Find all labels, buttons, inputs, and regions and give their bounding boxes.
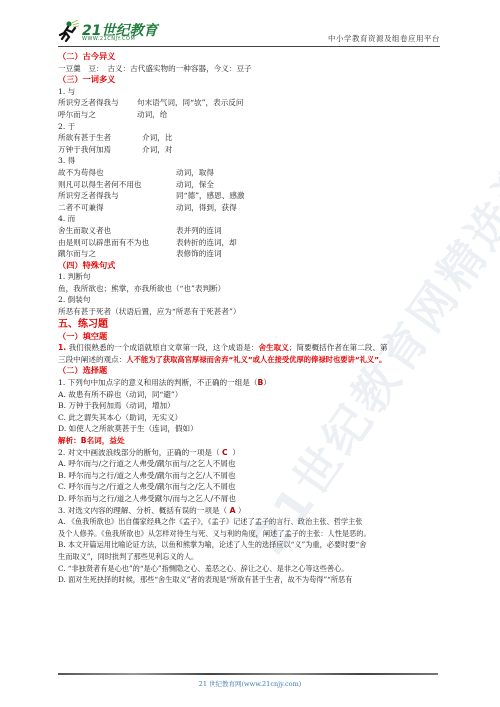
row-right: 表转折的连词，却	[176, 237, 237, 249]
choice-option: A. 《鱼我所欲也》出自儒家经典之作《孟子》，《孟子》记述了孟子的言行、政治主张…	[58, 516, 448, 528]
row-left: 蹴尔而与之	[58, 249, 96, 258]
section-heading: （三）一词多义	[58, 74, 448, 86]
row-left: 则凡可以得生者何不用也	[58, 180, 142, 189]
group-head: 3. 得	[58, 155, 448, 167]
definition-row: 蹴尔而与之表修饰的连词	[58, 248, 448, 260]
stem-text: 2. 对文中画波浪线部分的断句，正确的一项是（	[58, 448, 220, 457]
row-left: 所欲有甚于生者	[58, 133, 111, 142]
definition-row: 呼尔而与之动词，给	[58, 109, 448, 121]
page-header: 21世纪教育 WWW.21CNJY.COM 中小学教育资源及组卷应用平台	[58, 18, 440, 47]
fill-question-cont: 三段中阐述的观点：人不能为了获取高官厚禄而舍弃“礼义”或人在接受优厚的俸禄时也要…	[58, 354, 448, 366]
row-left: 由是则可以辟患而有不为也	[58, 238, 149, 247]
choice-option: D. 呼尔而与之行/道之人弗受蹴尔/而与之乞人/不屑也	[58, 493, 448, 505]
choice-option: C. 此之谓失其本心（助词，无实义）	[58, 412, 448, 424]
group-head: 1. 与	[58, 86, 448, 98]
choice-option: B. 万钟于我何加焉（动词，增加）	[58, 400, 448, 412]
choice-option: D. 面对生死抉择的时候，那些“舍生取义”者的表现是“所欲有甚于生者，故不为苟得…	[58, 574, 448, 586]
choice-stem: 1. 下列句中加点字的意义和用法的判断，不正确的一组是（B）	[58, 377, 448, 389]
row-right: 动词，给	[137, 109, 167, 121]
choice-option: 生而取义”，同时批判了那些见利忘义的人。	[58, 551, 448, 563]
row-right: 表并列的连词	[176, 225, 222, 237]
row-left: 故不为苟得也	[58, 168, 104, 177]
choice-option: B. 本文开篇运用比喻论证方法，以鱼和熊掌为喻，论述了人生的选择应以“义”为重，…	[58, 539, 448, 551]
choice-option: B. 呼尔而与之行/道之人弗受/蹴尔而与之乞/人不屑也	[58, 470, 448, 482]
choice-stem: 2. 对文中画波浪线部分的断句，正确的一项是（ C ）	[58, 447, 448, 459]
platform-name: 中小学教育资源及组卷应用平台	[328, 33, 440, 44]
answer-text: 人不能为了获取高官厚禄而舍弃“礼义”或人在接受优厚的俸禄时也要讲“礼义”。	[126, 355, 386, 364]
section-heading: （四）特殊句式	[58, 260, 448, 272]
item-text: 所恶有甚于死者（状语后置，应为“所恶有于死甚者”）	[58, 306, 448, 318]
section-heading: （一）填空题	[58, 331, 448, 343]
row-right: 句末语气词，同“欤”，表示反问	[137, 97, 243, 109]
row-right: 介词，比	[142, 132, 172, 144]
item-head: 2. 倒装句	[58, 294, 448, 306]
question-text: ；简要概括作者在第二段、第	[289, 343, 388, 352]
row-left: 万钟于我何加焉	[58, 145, 111, 154]
choice-option: C. “非独贤者有是心也”的“是心”指恻隐之心、羞恶之心、辞让之心、是非之心等这…	[58, 563, 448, 575]
row-left: 舍生而取义者也	[58, 226, 111, 235]
row-right: 表修饰的连词	[176, 248, 222, 260]
definition-row: 所欲有甚于生者介词，比	[58, 132, 448, 144]
choice-option: A. 故患有所不辟也（动词，同“避”）	[58, 389, 448, 401]
choice-option: 及个人修养。《鱼我所欲也》从怎样对待生与死、义与利的角度，阐述了孟子的主张：人性…	[58, 528, 448, 540]
analysis-text: 解析：B名词，益处	[58, 435, 448, 447]
row-right: 介词，对	[142, 144, 172, 156]
choice-option: A. 呼尔而与/之行道之人弗受/蹴尔而与/之乞人不屑也	[58, 458, 448, 470]
choice-stem: 3. 对选文内容的理解、分析、概括有误的一项是（ A ）	[58, 505, 448, 517]
row-left: 所识穷乏者得我与	[58, 191, 119, 200]
runner-logo-icon	[58, 20, 80, 42]
answer-letter: A	[230, 506, 236, 515]
row-left: 二者不可兼得	[58, 203, 104, 212]
section-heading: （二）选择题	[58, 365, 448, 377]
text-line: 一豆羹 豆： 古义：古代盛实物的一种容器，今义：豆子	[58, 63, 448, 75]
choice-option: C. 呼尔而与之/行道之人弗受/蹴尔而与之/乞人不屑也	[58, 481, 448, 493]
logo-url: WWW.21CNJY.COM	[82, 36, 135, 42]
question-text: 我们很熟悉的一个成语就原自文章第一段，这个成语是：	[69, 343, 259, 352]
question-text: 三段中阐述的观点：	[58, 355, 126, 364]
row-right: 同“德”，感恩、感激	[176, 190, 245, 202]
group-head: 4. 而	[58, 213, 448, 225]
row-right: 动词，得到，获得	[176, 202, 237, 214]
definition-row: 由是则可以辟患而有不为也表转折的连词，却	[58, 237, 448, 249]
document-content: （二）古今异义 一豆羹 豆： 古义：古代盛实物的一种容器，今义：豆子 （三）一词…	[58, 51, 448, 586]
question-number: 1.	[58, 343, 66, 352]
fill-question: 1. 我们很熟悉的一个成语就原自文章第一段，这个成语是：舍生取义；简要概括作者在…	[58, 342, 448, 354]
definition-row: 舍生而取义者也表并列的连词	[58, 225, 448, 237]
group-head: 2. 于	[58, 121, 448, 133]
stem-text: 3. 对选文内容的理解、分析、概括有误的一项是（	[58, 506, 227, 515]
definition-row: 所识穷乏者得我与句末语气词，同“欤”，表示反问	[58, 97, 448, 109]
stem-text: 1. 下列句中加点字的意义和用法的判断，不正确的一组是（	[58, 378, 258, 387]
item-head: 1. 判断句	[58, 271, 448, 283]
definition-row: 则凡可以得生者何不用也动词，保全	[58, 179, 448, 191]
answer-letter: C	[222, 448, 228, 457]
row-left: 所识穷乏者得我与	[58, 98, 119, 107]
section-heading: （二）古今异义	[58, 51, 448, 63]
item-text: 鱼，我所欲也；熊掌，亦我所欲也（“也”表判断）	[58, 283, 448, 295]
section-heading-main: 五、练习题	[58, 318, 448, 331]
definition-row: 所识穷乏者得我与同“德”，感恩、感激	[58, 190, 448, 202]
definition-row: 万钟于我何加焉介词，对	[58, 144, 448, 156]
stem-close: ）	[263, 378, 271, 387]
row-left: 呼尔而与之	[58, 110, 96, 119]
row-right: 动词，保全	[176, 179, 214, 191]
definition-row: 故不为苟得也动词，取得	[58, 167, 448, 179]
definition-row: 二者不可兼得动词，得到，获得	[58, 202, 448, 214]
stem-close: ）	[232, 448, 240, 457]
footer-divider	[58, 673, 438, 675]
footer-text: 21 世纪教育网(www.21cnjy.com)	[0, 679, 500, 688]
logo: 21世纪教育 WWW.21CNJY.COM	[58, 20, 168, 44]
row-right: 动词，取得	[176, 167, 214, 179]
answer-text: 舍生取义	[258, 343, 288, 352]
document-page: 21世纪教育网精选资料 21世纪教育 WWW.21CNJY.COM 中小学教育资…	[0, 0, 500, 707]
stem-close: ）	[238, 506, 246, 515]
choice-option: D. 如使人之所欲莫甚于生（连词，假如）	[58, 423, 448, 435]
